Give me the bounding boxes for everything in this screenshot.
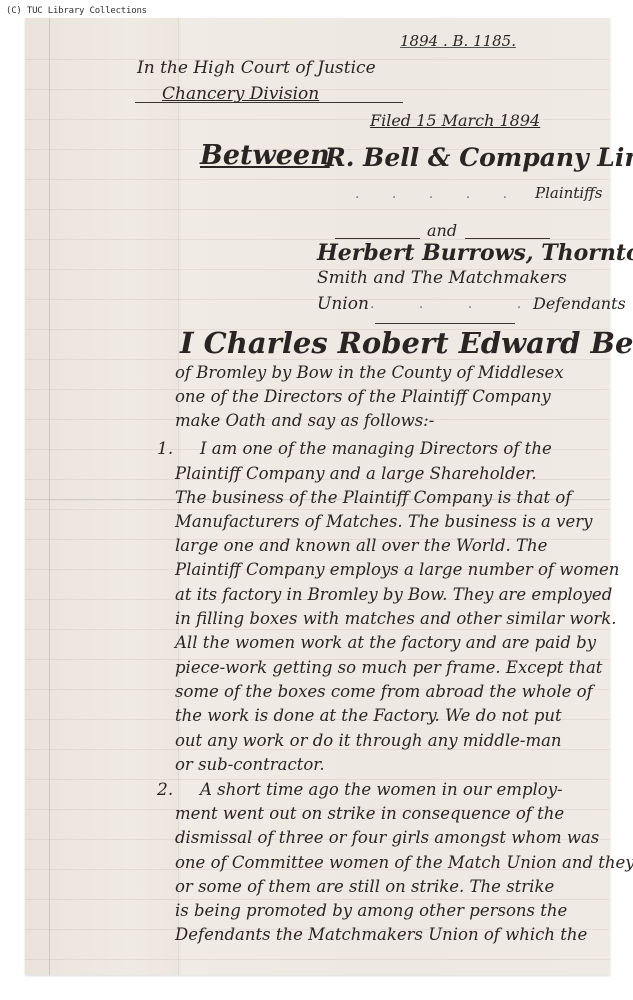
leader-dots-2: . . . . [370,296,541,312]
section-divider [375,323,515,324]
paragraph-line: Plaintiff Company and a large Shareholde… [175,464,537,483]
court-name: In the High Court of Justice [137,58,376,78]
affidavit-page: 1894 . B. 1185. In the High Court of Jus… [25,18,610,975]
paragraph-line: ment went out on strike in consequence o… [175,804,564,823]
and-rule-left [335,238,420,239]
between-label: Between [200,140,330,171]
paragraph-line: at its factory in Bromley by Bow. They a… [175,585,612,604]
intro-line: one of the Directors of the Plaintiff Co… [175,387,551,406]
plaintiff-name: R. Bell & Company Limited [325,143,633,172]
paragraph-line: dismissal of three or four girls amongst… [175,828,599,847]
intro-line: make Oath and say as follows:- [175,411,434,430]
paragraph-line: Defendants the Matchmakers Union of whic… [175,925,587,944]
paragraph-line: one of Committee women of the Match Unio… [175,853,633,872]
defendant-line-2: Smith and The Matchmakers [317,268,567,288]
margin-rule [49,18,50,975]
paragraph-line: All the women work at the factory and ar… [175,633,596,652]
paragraph-line: Manufacturers of Matches. The business i… [175,512,592,531]
paragraph-line: Plaintiff Company employs a large number… [175,560,619,579]
and-rule-right [465,238,550,239]
paragraph-number: 1. [157,439,173,459]
paragraph-line: The business of the Plaintiff Company is… [175,488,571,507]
defendants-label: Defendants [533,294,626,313]
filed-date: Filed 15 March 1894 [370,111,540,130]
paragraph-line: out any work or do it through any middle… [175,731,562,750]
deponent-name: I Charles Robert Edward Bell [180,326,633,360]
case-reference: 1894 . B. 1185. [400,32,516,50]
plaintiffs-label: Plaintiffs [535,184,602,202]
copyright-notice: (C) TUC Library Collections [6,6,147,16]
paragraph-line: or sub-contractor. [175,755,325,774]
paragraph-line: the work is done at the Factory. We do n… [175,706,562,725]
paragraph-line: or some of them are still on strike. The… [175,877,554,896]
court-division: Chancery Division [162,84,319,104]
paragraph-line: I am one of the managing Directors of th… [200,439,552,458]
paragraph-line: some of the boxes come from abroad the w… [175,682,593,701]
paragraph-line: A short time ago the women in our employ… [200,780,563,799]
paragraph-number: 2. [157,780,173,800]
paragraph-line: large one and known all over the World. … [175,536,547,555]
defendant-line-1: Herbert Burrows, Thornton [317,240,633,266]
defendant-line-3: Union [317,294,369,314]
paragraph-line: piece-work getting so much per frame. Ex… [175,658,602,677]
paragraph-line: is being promoted by among other persons… [175,901,567,920]
intro-line: of Bromley by Bow in the County of Middl… [175,363,564,382]
and-label: and [427,221,457,240]
paragraph-line: in filling boxes with matches and other … [175,609,617,628]
